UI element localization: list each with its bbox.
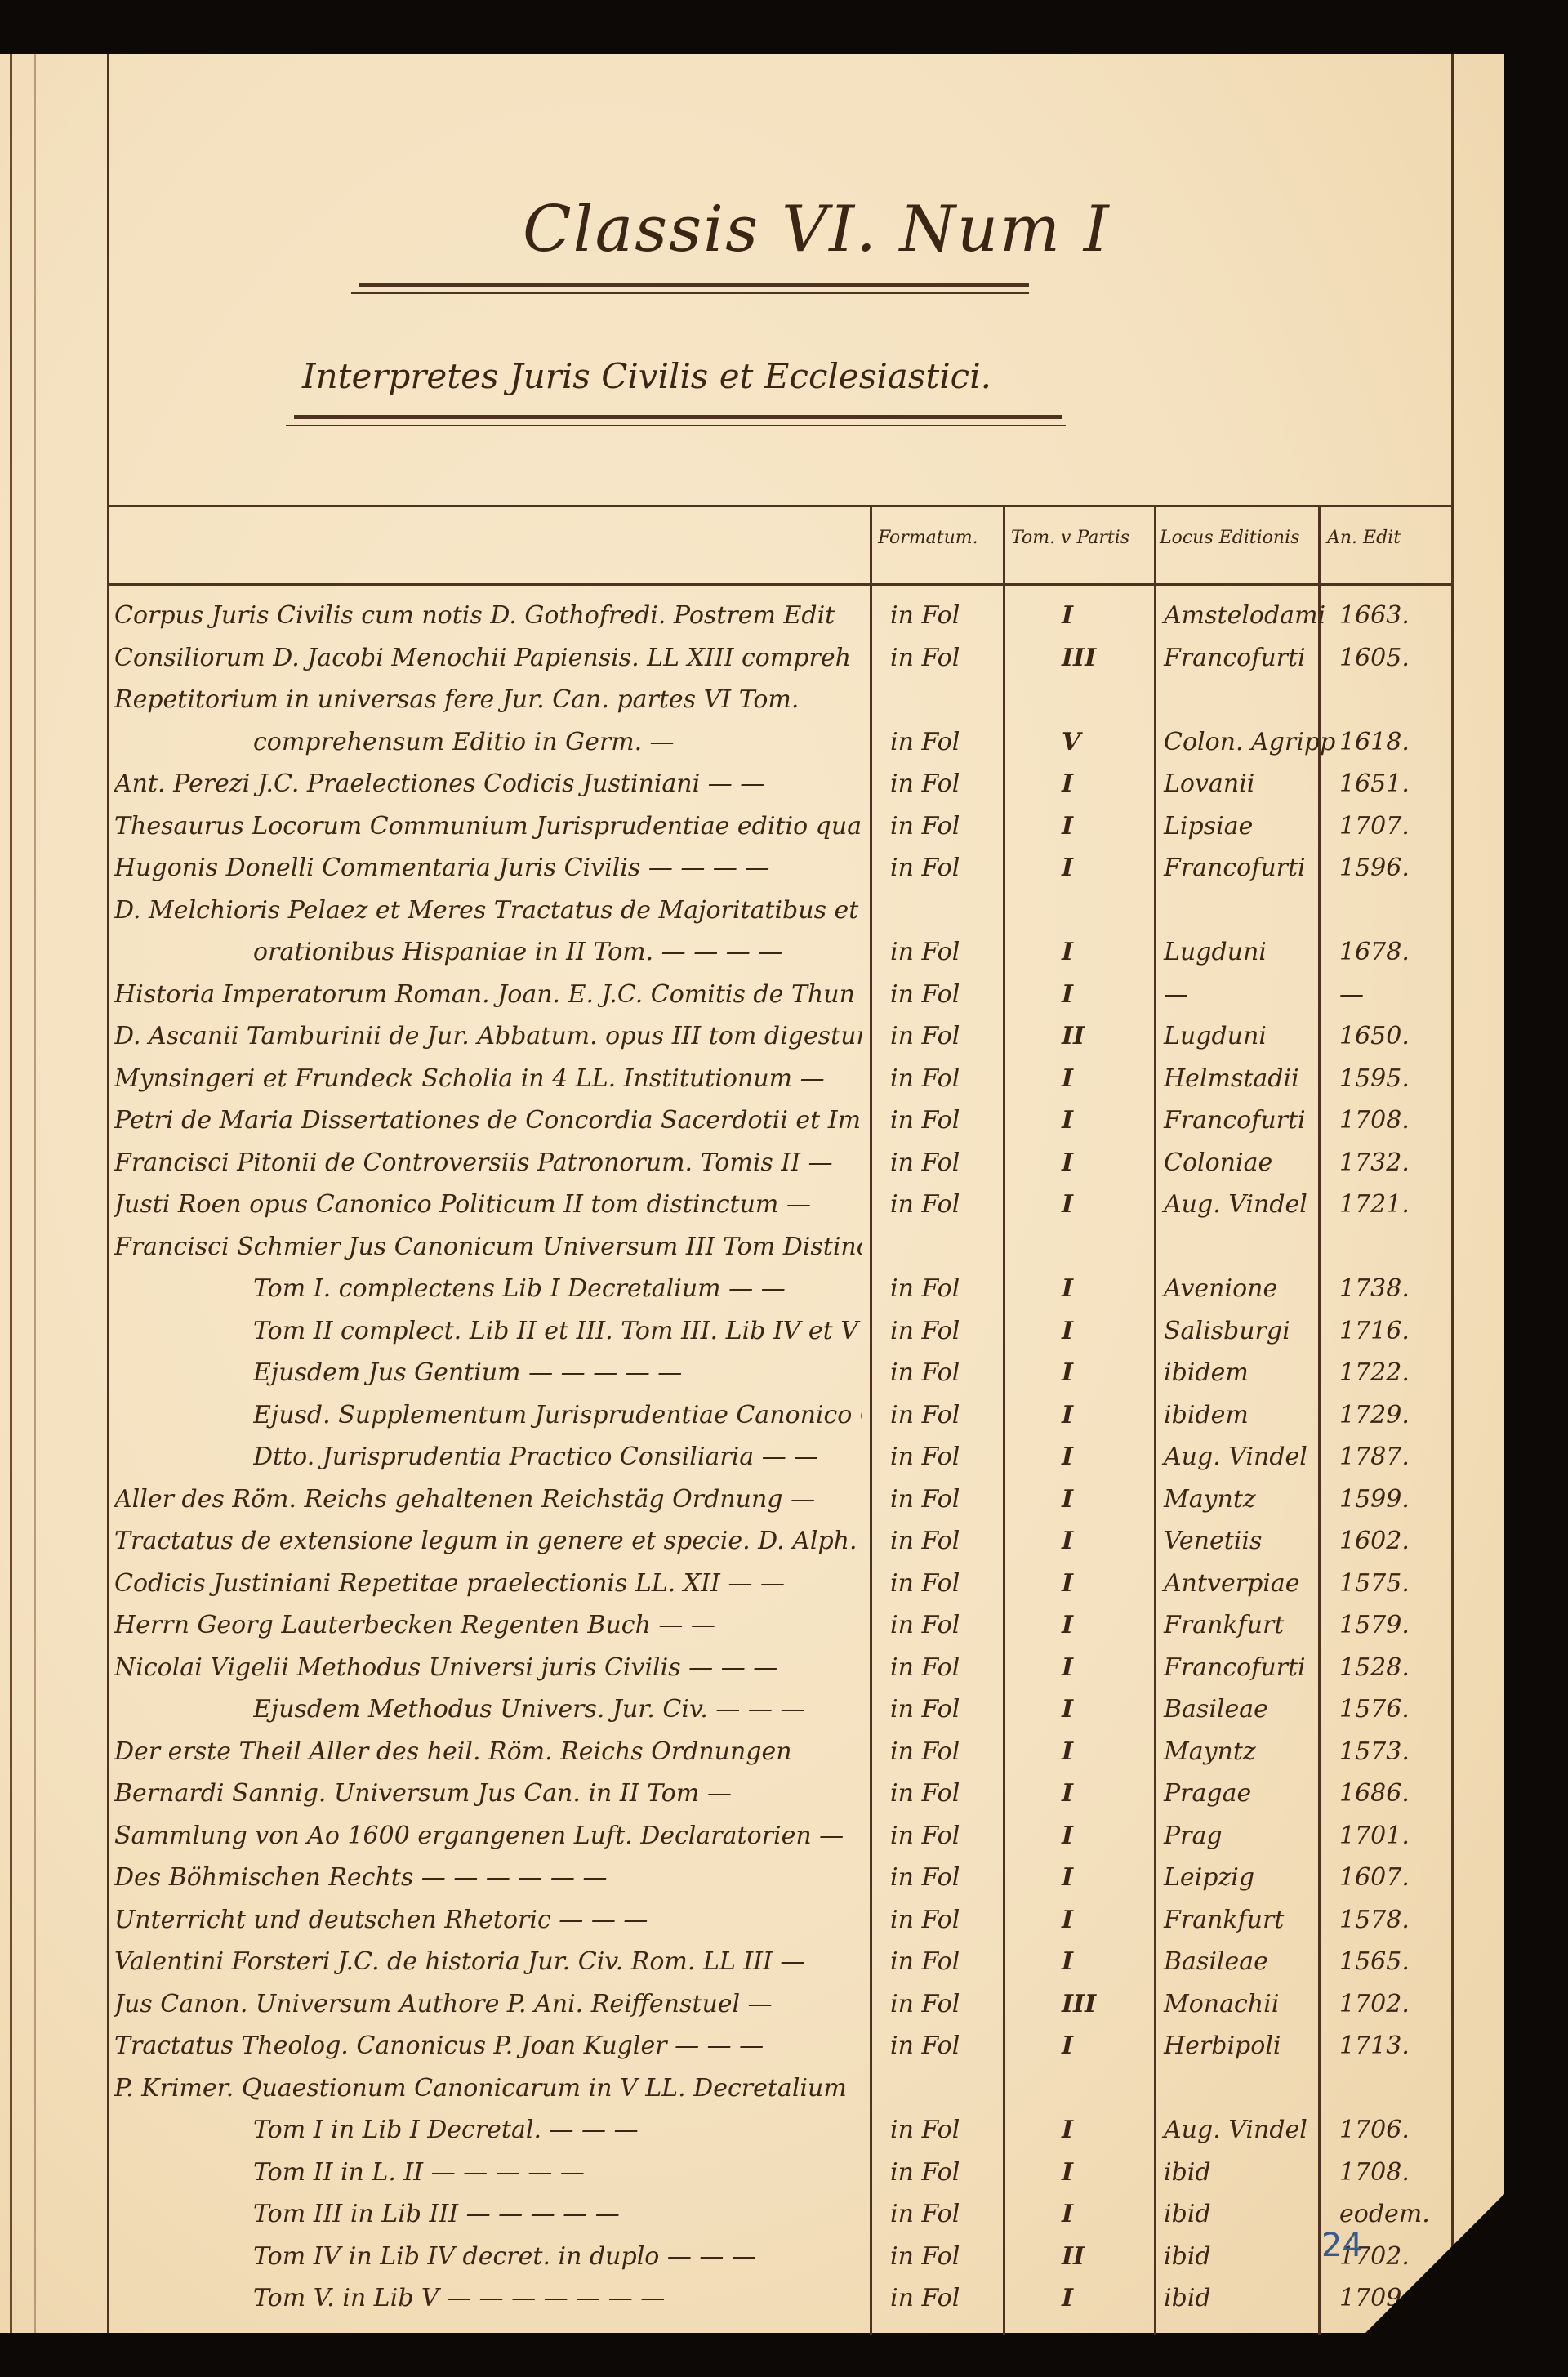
entry-year: 1678. [1339,938,1410,966]
entry-place: Salisburgi [1164,1317,1290,1345]
entry-format: in Fol [890,854,960,882]
entry-place: Mayntz [1164,1737,1256,1766]
manuscript-page: Classis VI. Num I Interpretes Juris Civi… [0,54,1504,2333]
col-divider-volumes [1003,505,1005,2335]
entry-volumes: I [1062,1106,1073,1135]
entry-title: Valentini Forsteri J.C. de historia Jur.… [114,1947,804,1976]
right-border [1451,54,1454,2333]
entry-place: Coloniae [1164,1148,1272,1177]
entry-year: 1650. [1339,1022,1410,1050]
entry-volumes: I [1062,2200,1073,2228]
entry-year: 1595. [1339,1064,1410,1093]
entry-format: in Fol [890,1947,960,1976]
entry-volumes: I [1062,938,1073,966]
entry-volumes: I [1062,1947,1073,1976]
entry-format: in Fol [890,1317,960,1345]
folio-number: 24 [1321,2227,1363,2264]
entry-title: Codicis Justiniani Repetitae praelection… [114,1569,785,1598]
entry-title: Petri de Maria Dissertationes de Concord… [114,1106,862,1135]
entry-format: in Fol [890,2200,960,2228]
entry-place: Colon. Agripp [1164,728,1335,756]
left-border [107,54,109,2333]
entry-title: Justi Roen opus Canonico Politicum II to… [114,1190,811,1219]
entry-place: Basileae [1164,1695,1268,1724]
entry-year: 1732. [1339,1148,1410,1177]
entry-format: in Fol [890,1022,960,1050]
entry-volumes: I [1062,1569,1073,1598]
entry-format: in Fol [890,2284,960,2312]
entry-title: Dtto. Jurisprudentia Practico Consiliari… [253,1443,818,1471]
entry-volumes: I [1062,1822,1073,1850]
entry-title: Ejusd. Supplementum Jurisprudentiae Cano… [253,1401,862,1429]
entry-volumes: I [1062,1064,1073,1093]
entry-place: ibidem [1164,1401,1249,1429]
entry-place: Francofurti [1164,854,1306,882]
entry-place: Mayntz [1164,1485,1256,1514]
entry-title: Ant. Perezi J.C. Praelectiones Codicis J… [114,769,764,798]
entry-format: in Fol [890,2116,960,2144]
entry-place: Francofurti [1164,644,1306,672]
entry-title: Sammlung von Ao 1600 ergangenen Luft. De… [114,1822,844,1850]
entry-place: Amstelodami [1164,601,1325,630]
entry-format: in Fol [890,1106,960,1135]
entry-title: Nicolai Vigelii Methodus Universi juris … [114,1653,777,1682]
entry-volumes: III [1062,644,1096,672]
entry-format: in Fol [890,1990,960,2018]
entry-title: Tractatus de extensione legum in genere … [114,1527,862,1555]
entry-title: Corpus Juris Civilis cum notis D. Gothof… [114,601,835,630]
entry-place: Lovanii [1164,769,1254,798]
entry-year: 1602. [1339,1527,1410,1555]
col-header-year: An. Edit [1327,528,1401,548]
entry-place: Francofurti [1164,1653,1306,1682]
entry-format: in Fol [890,1064,960,1093]
entry-place: ibidem [1164,1358,1249,1387]
entry-place: Monachii [1164,1990,1279,2018]
entry-format: in Fol [890,1527,960,1555]
entry-place: Aug. Vindel [1164,1190,1307,1219]
entry-volumes: I [1062,601,1073,630]
entry-year: 1729. [1339,1401,1410,1429]
entry-year: 1596. [1339,854,1410,882]
entry-format: in Fol [890,2242,960,2271]
entry-year: 1607. [1339,1863,1410,1892]
entry-title: P. Krimer. Quaestionum Canonicarum in V … [114,2074,847,2103]
entry-volumes: II [1062,2242,1085,2271]
entry-format: in Fol [890,1358,960,1387]
entry-format: in Fol [890,938,960,966]
entry-volumes: I [1062,854,1073,882]
entry-format: in Fol [890,1737,960,1766]
entry-volumes: I [1062,1611,1073,1639]
entry-volumes: I [1062,2284,1073,2312]
entry-place: Frankfurt [1164,1611,1284,1639]
entry-format: in Fol [890,2158,960,2187]
entry-year: 1702. [1339,1990,1410,2018]
entry-volumes: I [1062,1863,1073,1892]
entry-volumes: I [1062,2031,1073,2060]
entry-year: 1701. [1339,1822,1410,1850]
entry-title: Aller des Röm. Reichs gehaltenen Reichst… [114,1485,815,1514]
entry-year: 1605. [1339,644,1410,672]
entry-year: 1708. [1339,2158,1410,2187]
entry-format: in Fol [890,1863,960,1892]
entry-year: 1721. [1339,1190,1410,1219]
entry-place: ibid [1164,2158,1211,2187]
entry-place: Herbipoli [1164,2031,1281,2060]
entry-volumes: I [1062,769,1073,798]
entry-place: Pragae [1164,1779,1251,1808]
entry-place: Lugduni [1164,1022,1267,1050]
entry-place: Francofurti [1164,1106,1306,1135]
entry-format: in Fol [890,980,960,1009]
entry-title: Tom IV in Lib IV decret. in duplo — — — [253,2242,756,2271]
entry-year: — [1339,980,1364,1009]
subtitle-underline [294,415,1062,419]
entry-title: Francisci Schmier Jus Canonicum Universu… [114,1233,862,1261]
entry-format: in Fol [890,1569,960,1598]
entry-title: comprehensum Editio in Germ. — [253,728,675,756]
entry-year: 1713. [1339,2031,1410,2060]
entry-year: 1787. [1339,1443,1410,1471]
entry-format: in Fol [890,1190,960,1219]
section-subtitle: Interpretes Juris Civilis et Ecclesiasti… [302,356,991,396]
class-title: Classis VI. Num I [523,193,1111,266]
entry-place: Aug. Vindel [1164,1443,1307,1471]
entry-volumes: I [1062,1737,1073,1766]
entry-title: D. Ascanii Tamburinii de Jur. Abbatum. o… [114,1022,862,1050]
entry-format: in Fol [890,812,960,841]
entry-year: 1686. [1339,1779,1410,1808]
entry-year: 1565. [1339,1947,1410,1976]
entry-volumes: I [1062,2158,1073,2187]
entry-format: in Fol [890,601,960,630]
entry-year: 1708. [1339,1106,1410,1135]
entry-title: Consiliorum D. Jacobi Menochii Papiensis… [114,644,851,672]
entry-title: Tom III in Lib III — — — — — [253,2200,620,2228]
entry-year: 1578. [1339,1906,1410,1934]
entry-year: 1706. [1339,2116,1410,2144]
entry-title: Hugonis Donelli Commentaria Juris Civili… [114,854,769,882]
entry-title: Repetitorium in universas fere Jur. Can.… [114,685,799,714]
entry-year: 1599. [1339,1485,1410,1514]
entry-place: Lugduni [1164,938,1267,966]
entry-format: in Fol [890,1695,960,1724]
entry-format: in Fol [890,769,960,798]
entry-format: in Fol [890,728,960,756]
entry-format: in Fol [890,1401,960,1429]
entry-title: Jus Canon. Universum Authore P. Ani. Rei… [114,1990,773,2018]
entry-place: Basileae [1164,1947,1268,1976]
entry-place: Lipsiae [1164,812,1253,841]
entry-place: Helmstadii [1164,1064,1299,1093]
entry-format: in Fol [890,1443,960,1471]
entry-place: — [1164,980,1188,1009]
entry-year: 1528. [1339,1653,1410,1682]
entry-format: in Fol [890,1611,960,1639]
entry-title: Historia Imperatorum Roman. Joan. E. J.C… [114,980,862,1009]
entry-year: 1651. [1339,769,1410,798]
entry-title: Bernardi Sannig. Universum Jus Can. in I… [114,1779,732,1808]
entry-year: 1579. [1339,1611,1410,1639]
entry-volumes: I [1062,2116,1073,2144]
entry-volumes: I [1062,1317,1073,1345]
entry-volumes: I [1062,812,1073,841]
entry-format: in Fol [890,1148,960,1177]
entry-format: in Fol [890,1485,960,1514]
entry-volumes: I [1062,1527,1073,1555]
entry-volumes: III [1062,1990,1096,2018]
entry-title: Tom II in L. II — — — — — [253,2158,585,2187]
entry-year: 1618. [1339,728,1410,756]
entry-volumes: I [1062,1779,1073,1808]
binding-line-1 [10,54,12,2333]
binding-line-2 [34,54,36,2333]
entry-title: orationibus Hispaniae in II Tom. — — — — [253,938,782,966]
entry-volumes: I [1062,1148,1073,1177]
entry-year: 1663. [1339,601,1410,630]
entry-title: Mynsingeri et Frundeck Scholia in 4 LL. … [114,1064,825,1093]
entry-title: Thesaurus Locorum Communium Jurisprudent… [114,812,862,841]
torn-corner [1365,2194,1504,2333]
entry-volumes: I [1062,1274,1073,1303]
entry-title: Ejusdem Methodus Univers. Jur. Civ. — — … [253,1695,804,1724]
entry-year: 1738. [1339,1274,1410,1303]
entry-place: ibid [1164,2200,1211,2228]
entry-volumes: I [1062,1401,1073,1429]
entry-place: ibid [1164,2242,1211,2271]
col-header-format: Formatum. [878,528,978,548]
entry-format: in Fol [890,2031,960,2060]
entry-place: Venetiis [1164,1527,1262,1555]
entry-title: Der erste Theil Aller des heil. Röm. Rei… [114,1737,792,1766]
entry-title: Tom I. complectens Lib I Decretalium — — [253,1274,786,1303]
entry-format: in Fol [890,1822,960,1850]
entry-title: Francisci Pitonii de Controversiis Patro… [114,1148,833,1177]
entry-title: Unterricht und deutschen Rhetoric — — — [114,1906,648,1934]
col-divider-year [1318,505,1321,2335]
entry-year: 1716. [1339,1317,1410,1345]
entry-title: Tractatus Theolog. Canonicus P. Joan Kug… [114,2031,764,2060]
entry-title: Tom II complect. Lib II et III. Tom III.… [253,1317,862,1345]
entry-year: 1722. [1339,1358,1410,1387]
entry-format: in Fol [890,1779,960,1808]
entry-format: in Fol [890,1274,960,1303]
entry-place: Prag [1164,1822,1223,1850]
entry-title: Des Böhmischen Rechts — — — — — — [114,1863,607,1892]
entry-place: Leipzig [1164,1863,1254,1892]
entry-place: Antverpiae [1164,1569,1300,1598]
entry-volumes: I [1062,1485,1073,1514]
entry-volumes: I [1062,1190,1073,1219]
entry-volumes: I [1062,1906,1073,1934]
entry-volumes: I [1062,1695,1073,1724]
entry-year: 1573. [1339,1737,1410,1766]
entry-format: in Fol [890,1653,960,1682]
entry-title: Tom V. in Lib V — — — — — — — [253,2284,665,2312]
entry-volumes: I [1062,1443,1073,1471]
entry-title: Tom I in Lib I Decretal. — — — [253,2116,639,2144]
entry-volumes: II [1062,1022,1085,1050]
col-divider-format [870,505,872,2335]
entry-title: Ejusdem Jus Gentium — — — — — [253,1358,682,1387]
header-bottom-rule [107,583,1454,586]
entry-volumes: I [1062,1358,1073,1387]
col-header-place: Locus Editionis [1160,528,1299,548]
entry-place: Aug. Vindel [1164,2116,1307,2144]
header-top-rule [107,505,1454,507]
entry-format: in Fol [890,1906,960,1934]
title-underline-thin [351,292,1029,294]
entry-year: 1576. [1339,1695,1410,1724]
title-underline [359,283,1029,287]
entry-place: ibid [1164,2284,1211,2312]
subtitle-underline-thin [286,425,1066,426]
entry-format: in Fol [890,644,960,672]
entry-place: Avenione [1164,1274,1277,1303]
entry-volumes: V [1062,728,1080,756]
entry-year: 1575. [1339,1569,1410,1598]
entry-volumes: I [1062,1653,1073,1682]
entry-place: Frankfurt [1164,1906,1284,1934]
entry-title: Herrn Georg Lauterbecken Regenten Buch —… [114,1611,715,1639]
col-header-volumes: Tom. v Partis [1011,528,1129,548]
entry-year: 1707. [1339,812,1410,841]
entry-volumes: I [1062,980,1073,1009]
entry-title: D. Melchioris Pelaez et Meres Tractatus … [114,896,862,925]
col-divider-place [1154,505,1156,2335]
